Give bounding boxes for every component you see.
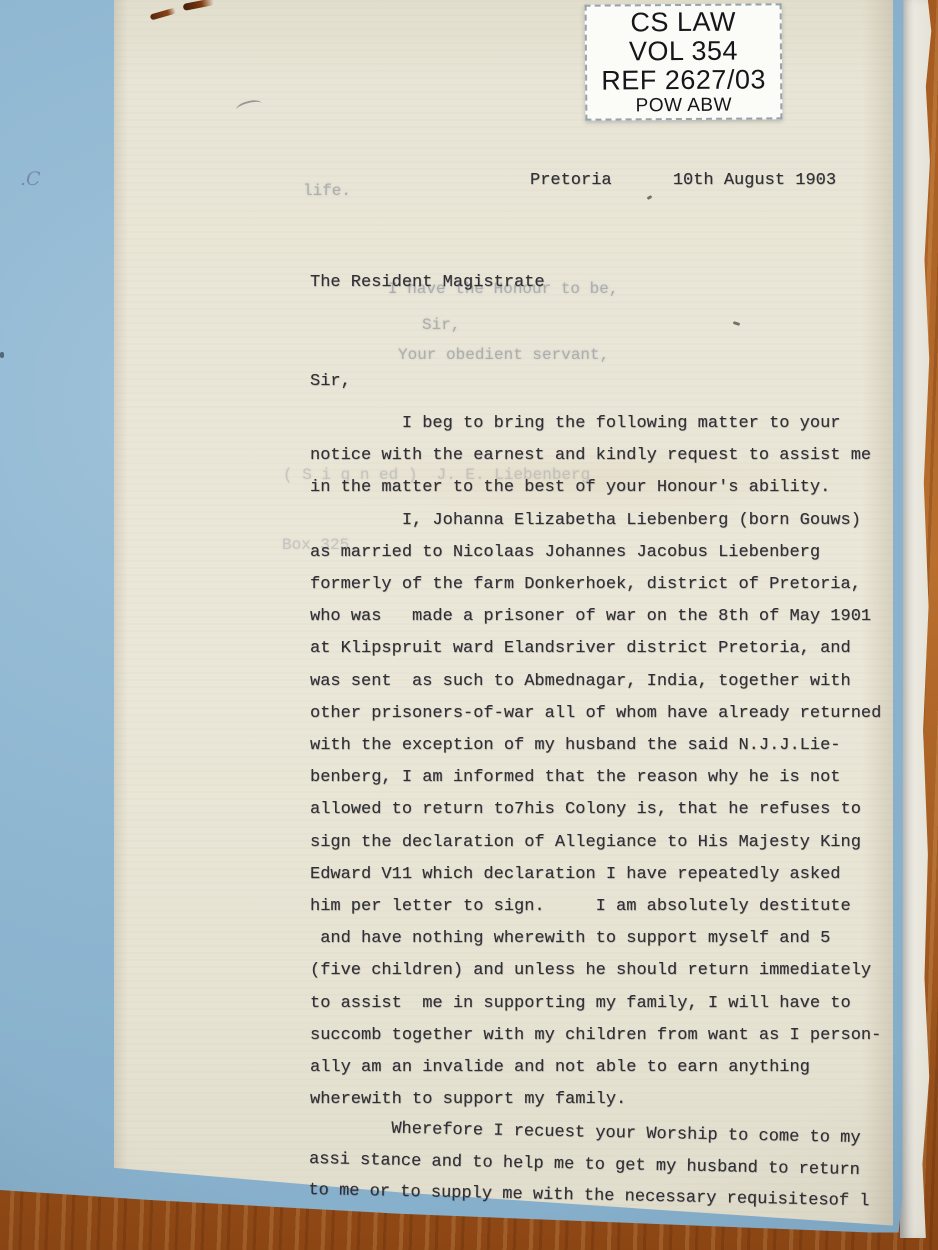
bleedthrough-text: Sir, [422,316,460,334]
paper-speck [0,352,4,358]
typed-line: other prisoners-of-war all of whom have … [310,698,881,730]
typed-line: allowed to return to7his Colony is, that… [310,794,881,826]
typed-line: at Klipspruit ward Elandsriver district … [310,633,881,665]
typed-line: I beg to bring the following matter to y… [310,408,881,440]
recipient-line: The Resident Magistrate [310,267,545,299]
typed-line: Edward V11 which declaration I have repe… [310,859,881,891]
typed-line: wherewith to support my family. [310,1084,881,1116]
label-volume: VOL 354 [629,36,738,66]
label-category: POW ABW [636,94,733,117]
archive-reference-label: CS LAW VOL 354 REF 2627/03 POW ABW [585,3,783,120]
typed-line: ally am an invalide and not able to earn… [310,1052,881,1084]
bleedthrough-text: life. [303,182,351,200]
typed-line: succomb together with my children from w… [310,1020,881,1052]
typed-line: to assist me in supporting my family, I … [310,988,881,1020]
pencil-initials: .C [20,168,41,190]
underlying-page-torn-edge [900,0,934,1238]
typed-line: with the exception of my husband the sai… [310,730,881,762]
letter-body: I beg to bring the following matter to y… [310,408,881,1116]
label-reference: REF 2627/03 [601,65,766,95]
letter-closing: Wherefore I recuest your Worship to come… [308,1112,871,1218]
typed-line: was sent as such to Abmednagar, India, t… [310,666,881,698]
typed-line: as married to Nicolaas Johannes Jacobus … [310,537,881,569]
document-photo: CS LAW VOL 354 REF 2627/03 POW ABW .C li… [0,0,938,1250]
dateline: Pretoria 10th August 1903 [530,165,836,197]
typed-line: him per letter to sign. I am absolutely … [310,891,881,923]
typed-line: benberg, I am informed that the reason w… [310,762,881,794]
typed-line: in the matter to the best of your Honour… [310,472,881,504]
typed-line: I, Johanna Elizabetha Liebenberg (born G… [310,505,881,537]
salutation: Sir, [310,366,351,398]
label-series: CS LAW [630,7,736,37]
typed-line: and have nothing wherewith to support my… [310,923,881,955]
typed-line: formerly of the farm Donkerhoek, distric… [310,569,881,601]
typed-line: notice with the earnest and kindly reque… [310,440,881,472]
bleedthrough-text: Your obedient servant, [398,346,609,364]
typed-line: sign the declaration of Allegiance to Hi… [310,827,881,859]
typed-line: (five children) and unless he should ret… [310,955,881,987]
typed-line: who was made a prisoner of war on the 8t… [310,601,881,633]
